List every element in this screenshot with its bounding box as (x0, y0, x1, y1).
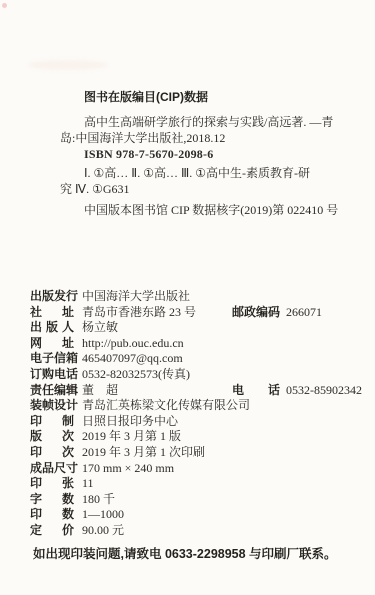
imprint-label: 印制 (30, 414, 74, 430)
imprint-value: 0532-82032573(传真) (82, 367, 190, 383)
imprint-label: 出版发行 (30, 289, 74, 305)
imprint-label: 装帧设计 (30, 398, 74, 414)
cip-isbn: ISBN 978-7-5670-2098-6 (60, 146, 347, 162)
cip-classification-line2: 究 Ⅳ. ①G631 (60, 181, 347, 197)
imprint-row: 出版发行中国海洋大学出版社 (30, 289, 357, 305)
cip-title-line1: 高中生高端研学旅行的探索与实践/高远著. —青 (60, 114, 347, 130)
cip-header: 图书在版编目(CIP)数据 (60, 89, 347, 105)
imprint-row: 装帧设计青岛汇英栋梁文化传媒有限公司 (30, 398, 357, 414)
imprint-value: 董 超 (82, 383, 118, 399)
imprint-row: 出版人杨立敏 (30, 320, 357, 336)
imprint-value: 中国海洋大学出版社 (82, 289, 190, 305)
imprint-row: 定价90.00 元 (30, 523, 357, 539)
imprint-value: 杨立敏 (82, 320, 118, 336)
imprint-label: 成品尺寸 (30, 461, 74, 477)
imprint-row: 字数180 千 (30, 492, 357, 508)
imprint-right-value: 266071 (286, 305, 322, 321)
imprint-label: 字数 (30, 492, 74, 508)
scan-artifact-dot (2, 3, 7, 8)
imprint-right-label: 邮政编码 (232, 305, 280, 321)
imprint-row: 印数1—1000 (30, 507, 357, 523)
imprint-row: 社址青岛市香港东路 23 号邮政编码266071 (30, 305, 357, 321)
imprint-label: 版次 (30, 429, 74, 445)
imprint-row: 印张11 (30, 476, 357, 492)
imprint-value: 青岛市香港东路 23 号 (82, 305, 196, 321)
imprint-row: 印制日照日报印务中心 (30, 414, 357, 430)
cip-block: 图书在版编目(CIP)数据 高中生高端研学旅行的探索与实践/高远著. —青 岛:… (60, 0, 347, 218)
imprint-value: http://pub.ouc.edu.cn (82, 336, 184, 352)
imprint-label: 印张 (30, 476, 74, 492)
imprint-list: 出版发行中国海洋大学出版社社址青岛市香港东路 23 号邮政编码266071出版人… (30, 289, 357, 539)
imprint-label: 印数 (30, 507, 74, 523)
imprint-label: 责任编辑 (30, 383, 74, 399)
imprint-label: 网址 (30, 336, 74, 352)
imprint-label: 定价 (30, 523, 74, 539)
imprint-row: 订购电话0532-82032573(传真) (30, 367, 357, 383)
imprint-label: 电子信箱 (30, 351, 74, 367)
imprint-value: 2019 年 3 月第 1 版 (82, 429, 181, 445)
imprint-row: 责任编辑董 超电话0532-85902342 (30, 383, 357, 399)
imprint-label: 社址 (30, 305, 74, 321)
imprint-value: 170 mm × 240 mm (82, 461, 174, 477)
imprint-value: 465407097@qq.com (82, 351, 183, 367)
imprint-value: 1—1000 (82, 507, 124, 523)
imprint-value: 日照日报印务中心 (82, 414, 178, 430)
imprint-row: 印次2019 年 3 月第 1 次印刷 (30, 445, 357, 461)
imprint-value: 180 千 (82, 492, 115, 508)
imprint-row: 网址http://pub.ouc.edu.cn (30, 336, 357, 352)
imprint-label: 出版人 (30, 320, 74, 336)
cip-classification-line1: Ⅰ. ①高… Ⅱ. ①高… Ⅲ. ①高中生-素质教育-研 (60, 165, 347, 181)
imprint-value: 青岛汇英栋梁文化传媒有限公司 (82, 398, 250, 414)
imprint-label: 订购电话 (30, 367, 74, 383)
imprint-row: 电子信箱465407097@qq.com (30, 351, 357, 367)
imprint-right-value: 0532-85902342 (286, 383, 362, 399)
imprint-row: 版次2019 年 3 月第 1 版 (30, 429, 357, 445)
imprint-value: 11 (82, 476, 94, 492)
cip-title-line2: 岛:中国海洋大学出版社,2018.12 (60, 130, 347, 146)
imprint-right-label: 电话 (232, 383, 280, 399)
imprint-row: 成品尺寸170 mm × 240 mm (30, 461, 357, 477)
scan-artifact-smudge (28, 60, 108, 70)
copyright-page: 图书在版编目(CIP)数据 高中生高端研学旅行的探索与实践/高远著. —青 岛:… (0, 0, 375, 595)
imprint-value: 2019 年 3 月第 1 次印刷 (82, 445, 205, 461)
cip-record-number: 中国版本图书馆 CIP 数据核字(2019)第 022410 号 (60, 202, 347, 218)
printing-problem-notice: 如出现印装问题,请致电 0633-2298958 与印刷厂联系。 (33, 544, 375, 562)
imprint-label: 印次 (30, 445, 74, 461)
imprint-value: 90.00 元 (82, 523, 124, 539)
